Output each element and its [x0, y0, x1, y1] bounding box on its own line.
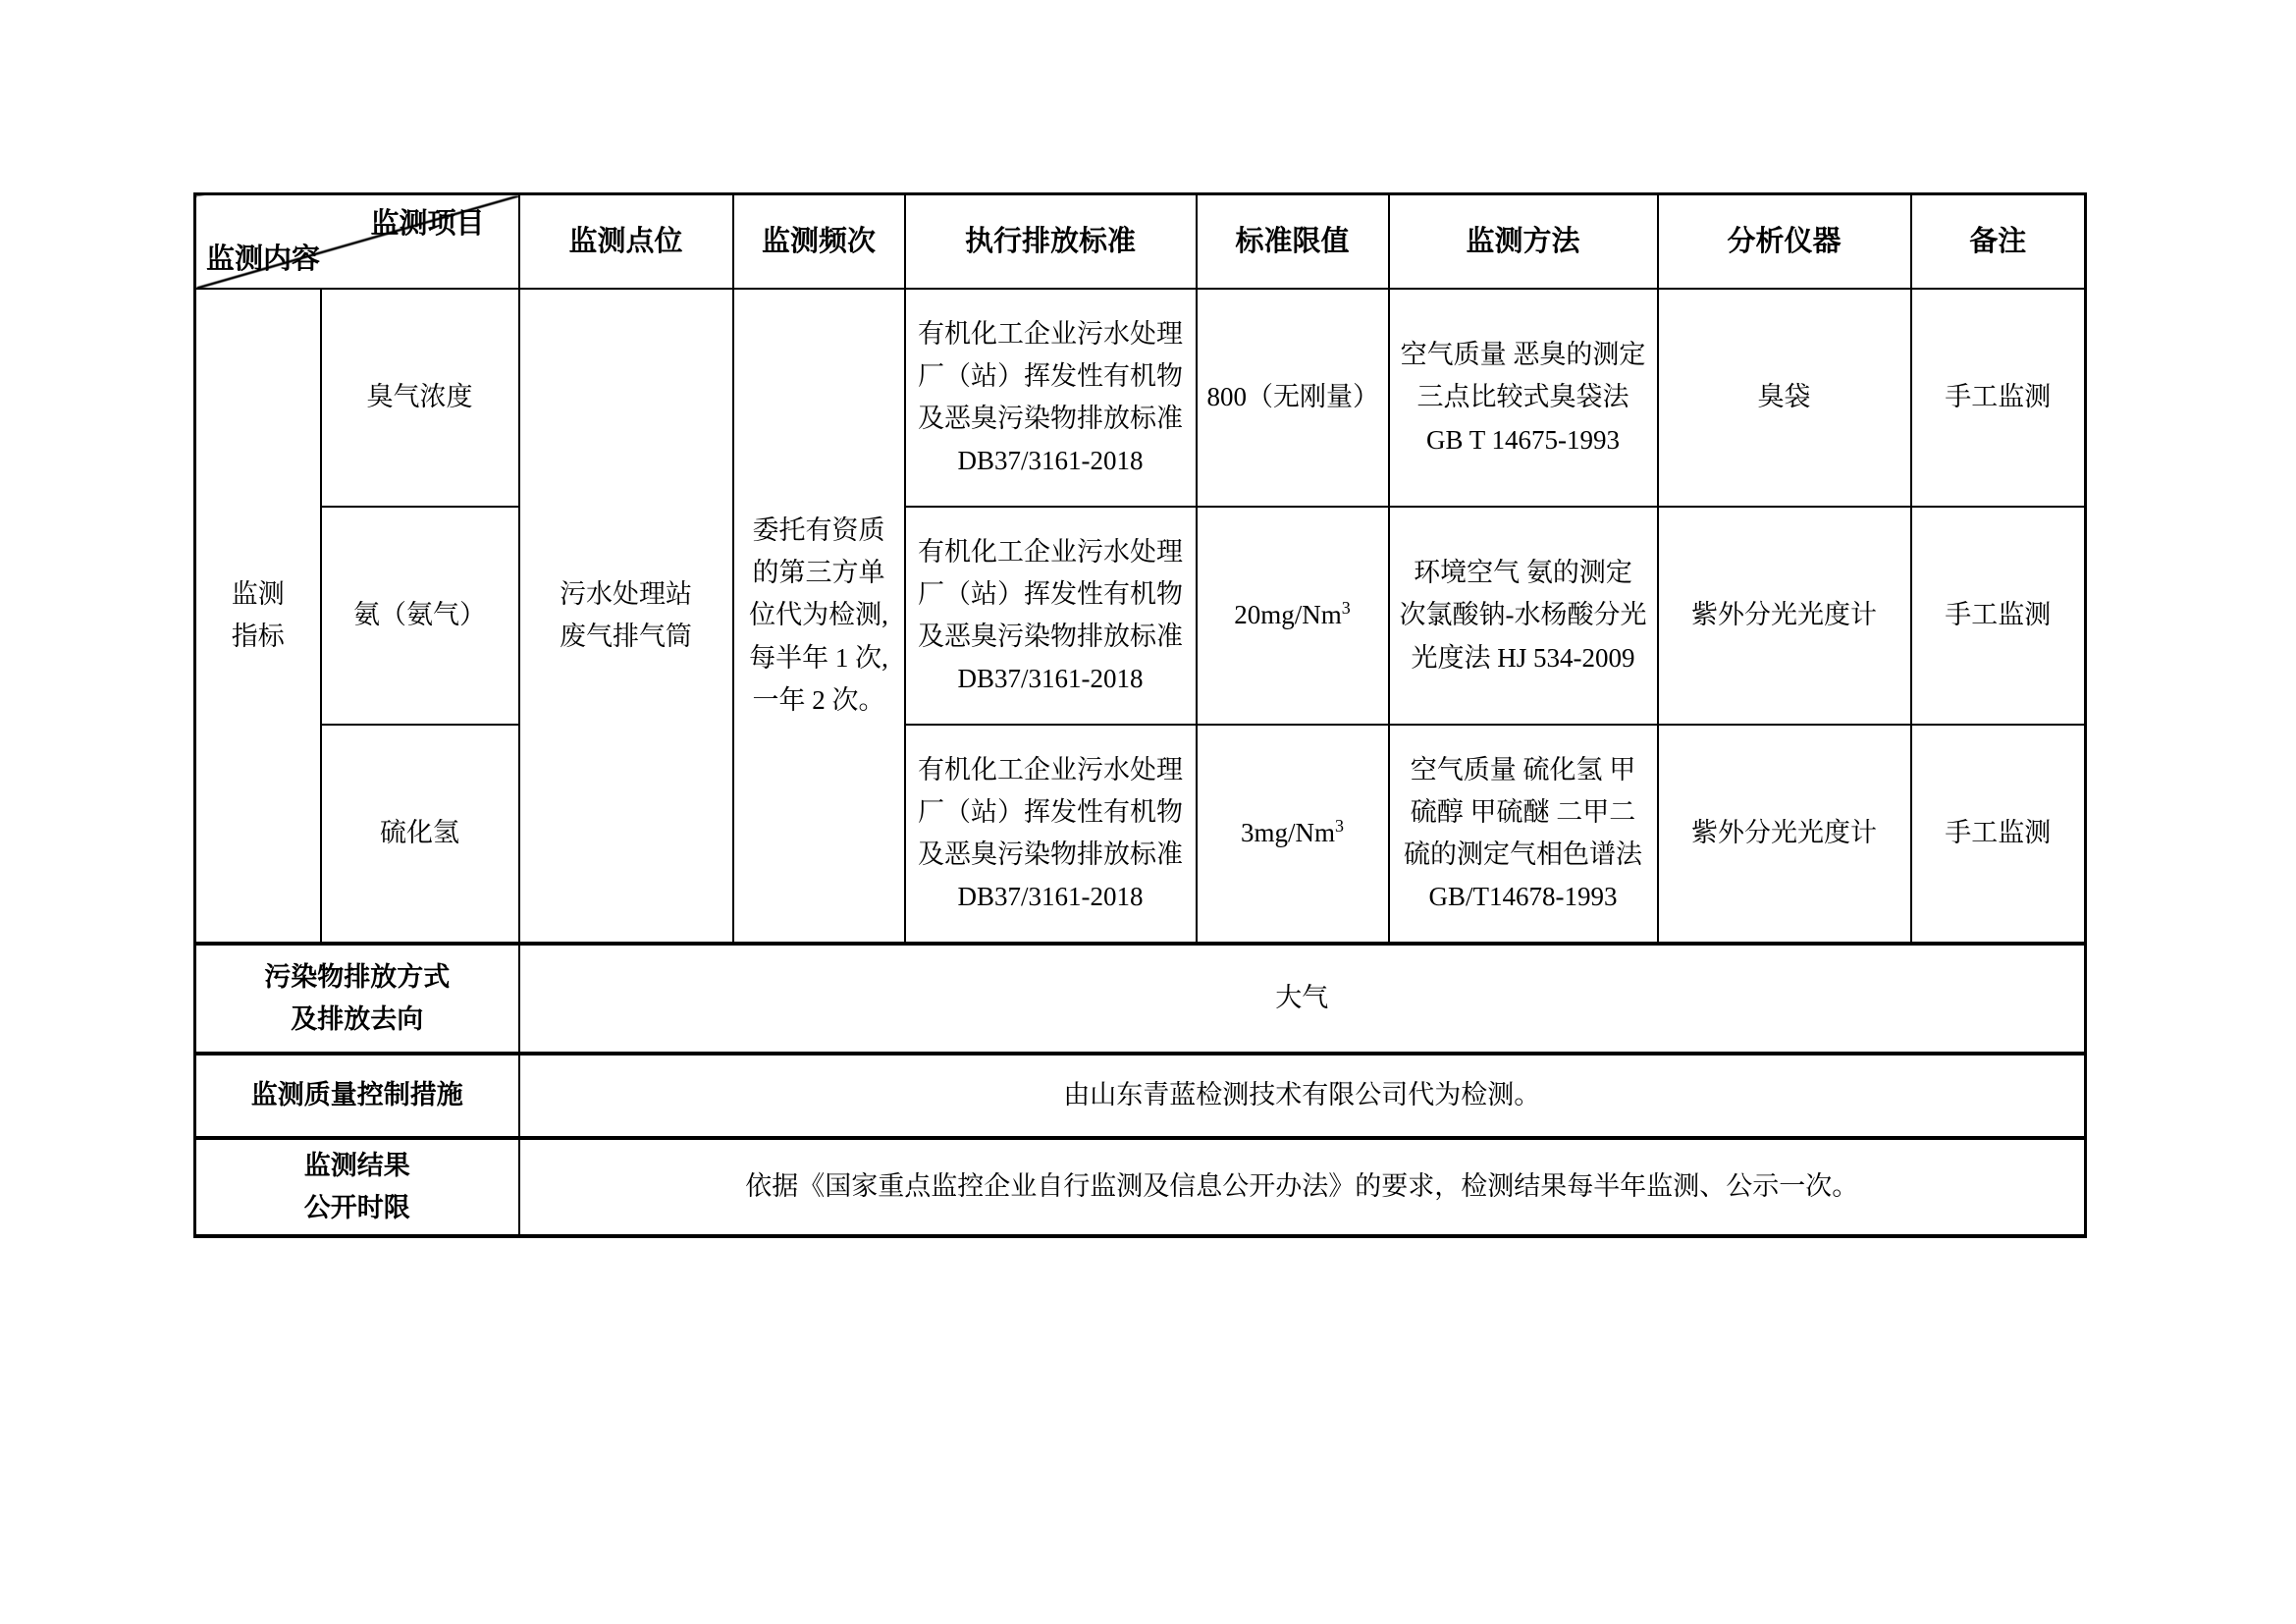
indicator-cell: 臭气浓度: [321, 289, 519, 507]
standard-cell: 有机化工企业污水处理厂（站）挥发性有机物及恶臭污染物排放标准 DB37/3161…: [905, 289, 1197, 507]
remark-cell: 手工监测: [1911, 725, 2086, 944]
header-cell-method: 监测方法: [1389, 194, 1658, 290]
limit-superscript: 3: [1342, 598, 1351, 618]
method-cell: 空气质量 恶臭的测定 三点比较式臭袋法 GB T 14675-1993: [1389, 289, 1658, 507]
header-cell-remark: 备注: [1911, 194, 2086, 290]
limit-cell: 3mg/Nm3: [1197, 725, 1389, 944]
limit-value: 20mg/Nm: [1234, 600, 1342, 629]
frequency-cell: 委托有资质的第三方单位代为检测,每半年 1 次,一年 2 次。: [733, 289, 905, 944]
limit-cell: 20mg/Nm3: [1197, 507, 1389, 725]
monitoring-point-cell: 污水处理站 废气排气筒: [519, 289, 733, 944]
indicator-group-cell: 监测 指标: [195, 289, 321, 944]
instrument-cell: 紫外分光光度计: [1658, 507, 1911, 725]
indicator-cell: 氨（氨气）: [321, 507, 519, 725]
remark-cell: 手工监测: [1911, 289, 2086, 507]
footer-value-discharge: 大气: [519, 944, 2086, 1054]
row-odor-concentration: 监测 指标 臭气浓度 污水处理站 废气排气筒 委托有资质的第三方单位代为检测,每…: [195, 289, 2086, 507]
footer-row-publication: 监测结果 公开时限 依据《国家重点监控企业自行监测及信息公开办法》的要求，检测结…: [195, 1138, 2086, 1236]
monitoring-table: 监测项目 监测内容 监测点位 监测频次 执行排放标准 标准限值 监测方法 分析仪…: [193, 192, 2087, 1238]
row-ammonia: 氨（氨气） 有机化工企业污水处理厂（站）挥发性有机物及恶臭污染物排放标准 DB3…: [195, 507, 2086, 725]
row-hydrogen-sulfide: 硫化氢 有机化工企业污水处理厂（站）挥发性有机物及恶臭污染物排放标准 DB37/…: [195, 725, 2086, 944]
standard-cell: 有机化工企业污水处理厂（站）挥发性有机物及恶臭污染物排放标准 DB37/3161…: [905, 507, 1197, 725]
footer-row-quality-control: 监测质量控制措施 由山东青蓝检测技术有限公司代为检测。: [195, 1054, 2086, 1138]
standard-cell: 有机化工企业污水处理厂（站）挥发性有机物及恶臭污染物排放标准 DB37/3161…: [905, 725, 1197, 944]
instrument-cell: 紫外分光光度计: [1658, 725, 1911, 944]
limit-value: 3mg/Nm: [1241, 818, 1335, 847]
header-cell-frequency: 监测频次: [733, 194, 905, 290]
footer-row-discharge: 污染物排放方式 及排放去向 大气: [195, 944, 2086, 1054]
limit-value: 800（无刚量）: [1207, 382, 1380, 411]
header-corner-cell: 监测项目 监测内容: [195, 194, 519, 290]
limit-cell: 800（无刚量）: [1197, 289, 1389, 507]
header-cell-standard: 执行排放标准: [905, 194, 1197, 290]
method-cell: 空气质量 硫化氢 甲硫醇 甲硫醚 二甲二硫的测定气相色谱法 GB/T14678-…: [1389, 725, 1658, 944]
limit-superscript: 3: [1335, 816, 1344, 836]
footer-value-quality-control: 由山东青蓝检测技术有限公司代为检测。: [519, 1054, 2086, 1138]
footer-label-discharge: 污染物排放方式 及排放去向: [195, 944, 519, 1054]
header-row: 监测项目 监测内容 监测点位 监测频次 执行排放标准 标准限值 监测方法 分析仪…: [195, 194, 2086, 290]
header-cell-limit: 标准限值: [1197, 194, 1389, 290]
header-corner-top-label: 监测项目: [370, 201, 484, 246]
remark-cell: 手工监测: [1911, 507, 2086, 725]
indicator-cell: 硫化氢: [321, 725, 519, 944]
header-cell-monitoring-point: 监测点位: [519, 194, 733, 290]
footer-label-quality-control: 监测质量控制措施: [195, 1054, 519, 1138]
document-page: 监测项目 监测内容 监测点位 监测频次 执行排放标准 标准限值 监测方法 分析仪…: [0, 0, 2296, 1624]
footer-value-publication: 依据《国家重点监控企业自行监测及信息公开办法》的要求，检测结果每半年监测、公示一…: [519, 1138, 2086, 1236]
method-cell: 环境空气 氨的测定 次氯酸钠-水杨酸分光光度法 HJ 534-2009: [1389, 507, 1658, 725]
header-cell-instrument: 分析仪器: [1658, 194, 1911, 290]
instrument-cell: 臭袋: [1658, 289, 1911, 507]
header-corner-bottom-label: 监测内容: [206, 237, 320, 282]
footer-label-publication: 监测结果 公开时限: [195, 1138, 519, 1236]
